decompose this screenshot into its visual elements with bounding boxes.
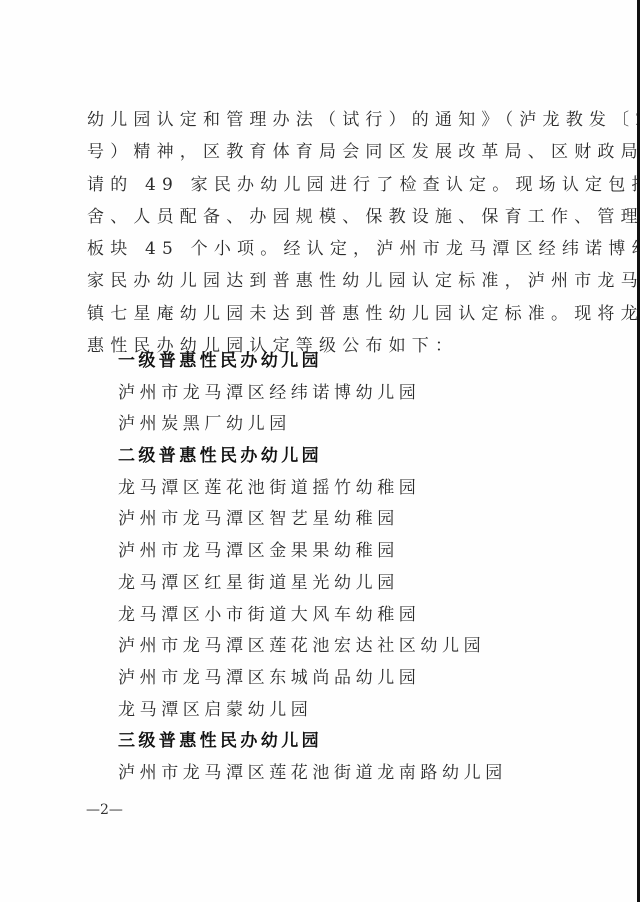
- kindergarten-grade-list: 一级普惠性民办幼儿园 泸州市龙马潭区经纬诺博幼儿园 泸州炭黑厂幼儿园 二级普惠性…: [118, 346, 507, 790]
- list-item: 龙马潭区启蒙幼儿园: [118, 695, 507, 727]
- list-item: 龙马潭区小市街道大风车幼稚园: [118, 600, 507, 632]
- list-item: 泸州市龙马潭区莲花池宏达社区幼儿园: [118, 631, 507, 663]
- notice-paragraph: 幼儿园认定和管理办法（试行）的通知》（泸龙教发〔2020〕44 号）精神，区教育…: [87, 104, 571, 362]
- paragraph-line: 幼儿园认定和管理办法（试行）的通知》（泸龙教发〔2020〕44: [87, 104, 571, 136]
- paragraph-line: 板块 45 个小项。经认定，泸州市龙马潭区经纬诺博幼儿园等 48: [87, 233, 571, 265]
- page-number: —2—: [86, 802, 123, 818]
- section-heading-level-3: 三级普惠性民办幼儿园: [118, 726, 507, 758]
- section-heading-level-1: 一级普惠性民办幼儿园: [118, 346, 507, 378]
- paragraph-line: 镇七星庵幼儿园未达到普惠性幼儿园认定标准。现将龙马潭区普: [87, 298, 571, 330]
- list-item: 龙马潭区莲花池街道摇竹幼稚园: [118, 473, 507, 505]
- list-item: 龙马潭区红星街道星光幼儿园: [118, 568, 507, 600]
- list-item: 泸州炭黑厂幼儿园: [118, 409, 507, 441]
- list-item: 泸州市龙马潭区智艺星幼稚园: [118, 504, 507, 536]
- document-page: 幼儿园认定和管理办法（试行）的通知》（泸龙教发〔2020〕44 号）精神，区教育…: [0, 0, 637, 902]
- list-item: 泸州市龙马潭区经纬诺博幼儿园: [118, 378, 507, 410]
- list-item: 泸州市龙马潭区金果果幼稚园: [118, 536, 507, 568]
- paragraph-line: 号）精神，区教育体育局会同区发展改革局、区财政局对提交申: [87, 136, 571, 168]
- list-item: 泸州市龙马潭区莲花池街道龙南路幼儿园: [118, 758, 507, 790]
- paragraph-line: 家民办幼儿园达到普惠性幼儿园认定标准，泸州市龙马潭区双加: [87, 265, 571, 297]
- paragraph-line: 请的 49 家民办幼儿园进行了检查认定。现场认定包括幼儿园园: [87, 169, 571, 201]
- section-heading-level-2: 二级普惠性民办幼儿园: [118, 441, 507, 473]
- list-item: 泸州市龙马潭区东城尚品幼儿园: [118, 663, 507, 695]
- paragraph-line: 舍、人员配备、办园规模、保教设施、保育工作、管理工作六个: [87, 201, 571, 233]
